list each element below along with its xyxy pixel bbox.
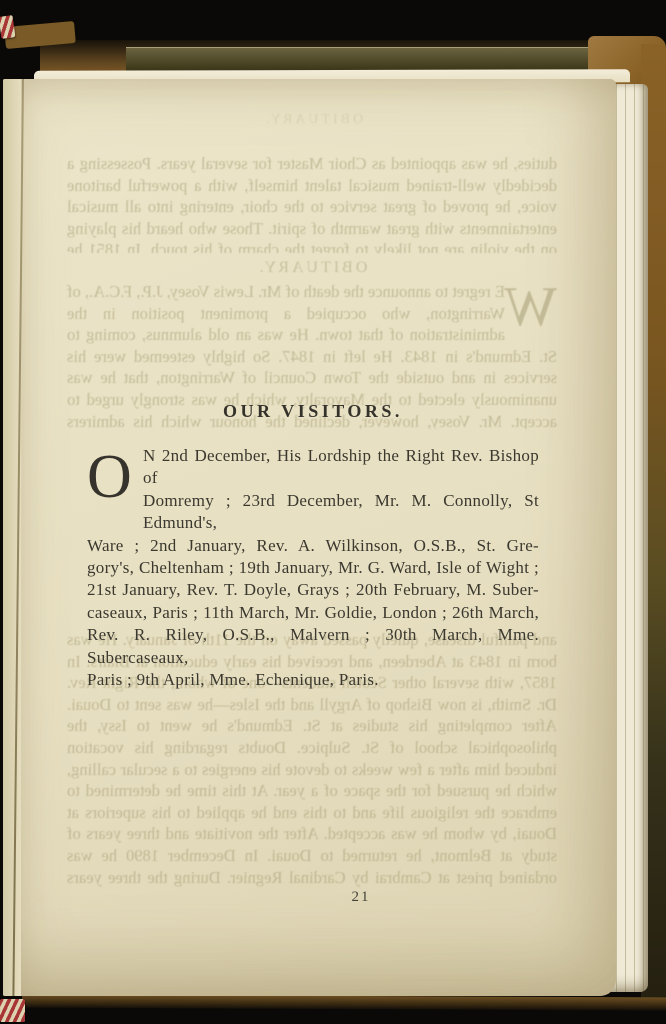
headband-bottom bbox=[0, 999, 25, 1022]
paragraph-line: Ware ; 2nd January, Rev. A. Wilkinson, O… bbox=[87, 535, 539, 557]
bleedthrough-drop-cap: W bbox=[511, 283, 557, 345]
paragraph-line: Paris ; 9th April, Mme. Echenique, Paris… bbox=[87, 669, 539, 691]
headband-top bbox=[0, 15, 15, 39]
book-page: OBITUARY. duties, he was appointed as Ch… bbox=[3, 79, 616, 996]
paragraph-line: Rev. R. Riley, O.S.B., Malvern ; 30th Ma… bbox=[87, 624, 539, 669]
paragraph-line: 21st January, Rev. T. Doyle, Grays ; 20t… bbox=[87, 579, 539, 601]
paragraph-line: Domremy ; 23rd December, Mr. M. Connolly… bbox=[87, 490, 539, 535]
page-heading: OUR VISITORS. bbox=[87, 401, 539, 422]
bleedthrough-running-head: OBITUARY. bbox=[87, 109, 539, 129]
drop-cap: O bbox=[87, 448, 137, 514]
paragraph-line: N 2nd December, His Lordship the Right R… bbox=[87, 445, 539, 490]
article-paragraph: O N 2nd December, His Lordship the Right… bbox=[87, 445, 539, 691]
page-number: 21 bbox=[87, 889, 587, 906]
paragraph-line: caseaux, Paris ; 11th March, Mr. Goldie,… bbox=[87, 602, 539, 624]
bleedthrough-paragraph-top: duties, he was appointed as Choir Master… bbox=[67, 153, 557, 253]
bleedthrough-obituary-heading: OBITUARY. bbox=[67, 257, 557, 279]
paragraph-line: gory's, Cheltenham ; 19th January, Mr. G… bbox=[87, 557, 539, 579]
book-cover-bottom-edge bbox=[22, 995, 666, 1011]
